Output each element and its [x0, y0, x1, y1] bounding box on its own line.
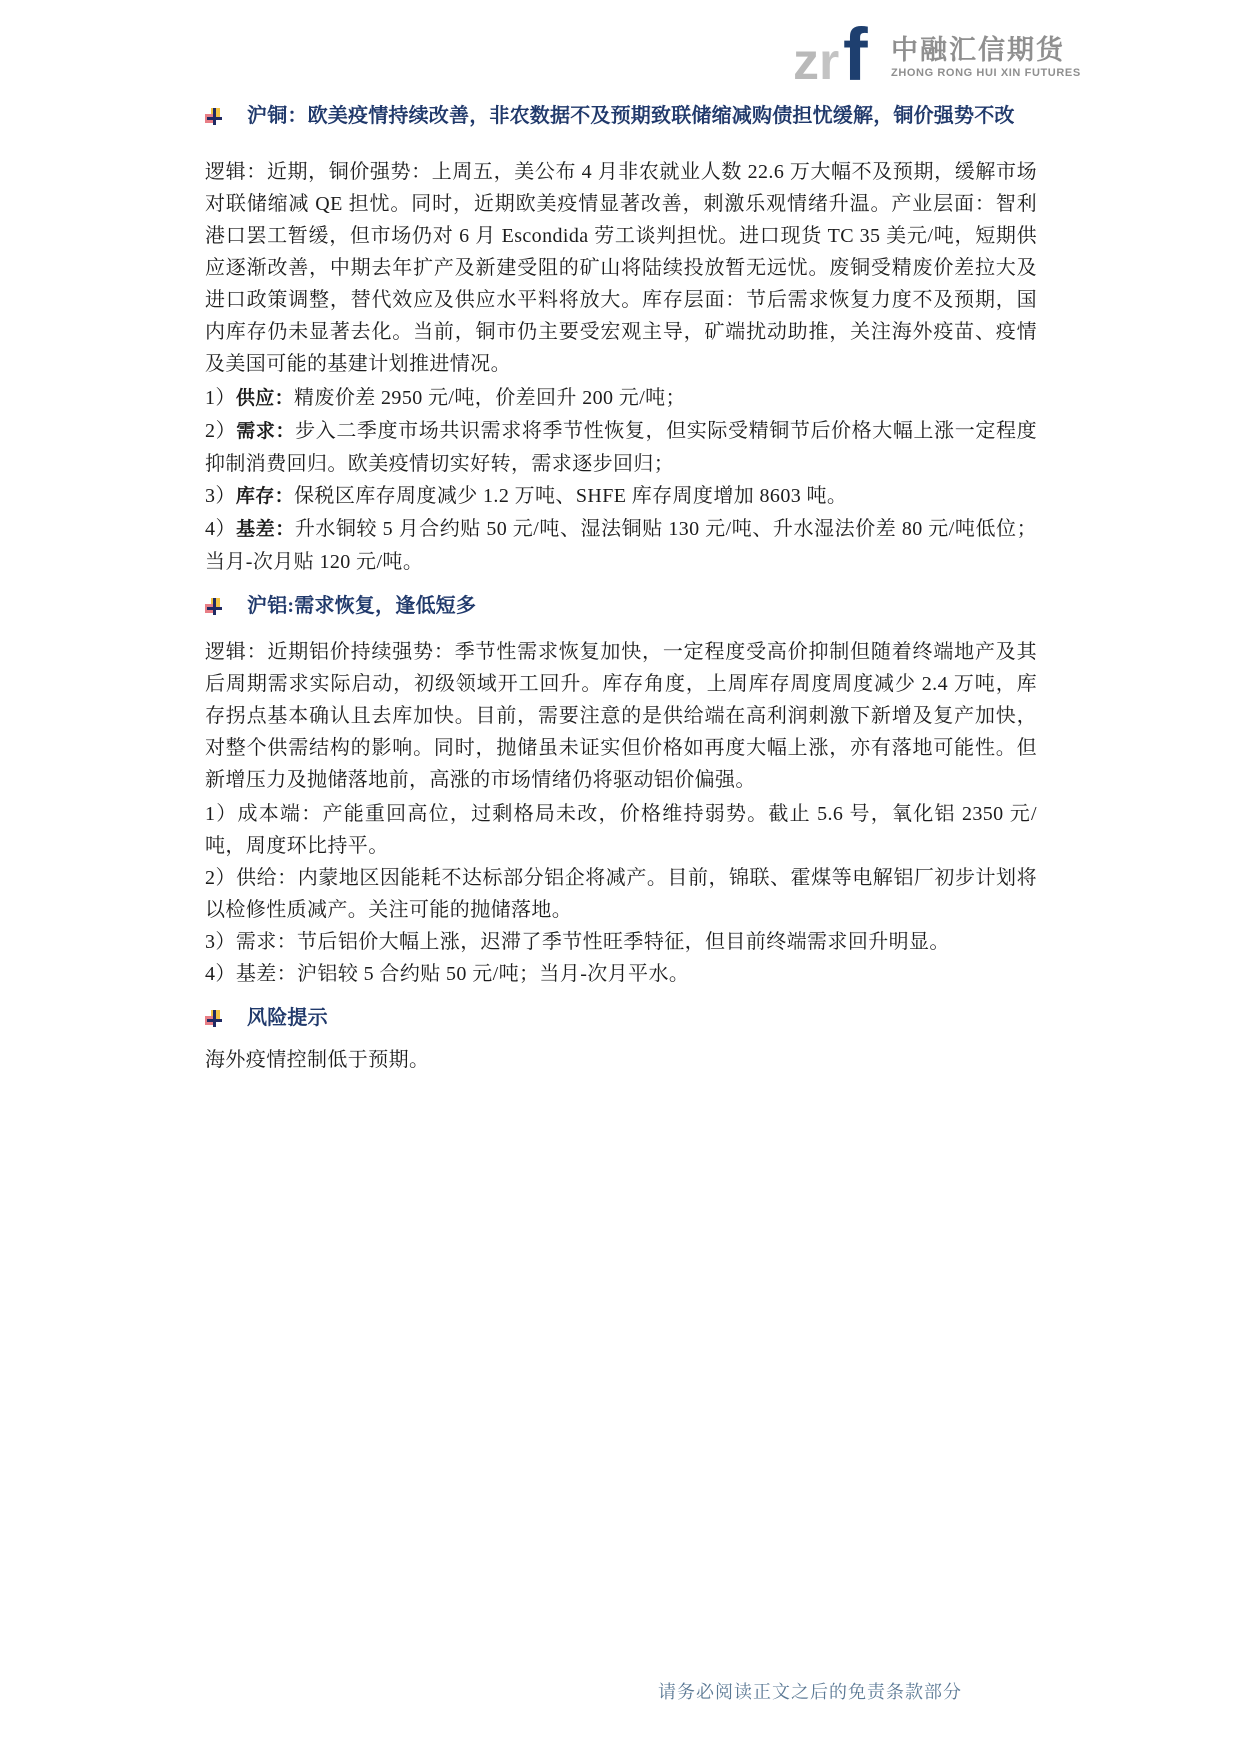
section-heading-copper: 沪铜：欧美疫情持续改善，非农数据不及预期致联储缩减购债担忧缓解，铜价强势不改 [205, 102, 1037, 130]
logo-text-block: 中融汇信期货 ZHONG RONG HUI XIN FUTURES [891, 24, 1081, 80]
anchor-bullet-icon [205, 1010, 222, 1027]
item-colon: ： [275, 388, 294, 409]
copper-heading-text: 沪铜：欧美疫情持续改善，非农数据不及预期致联储缩减购债担忧缓解，铜价强势不改 [247, 102, 1015, 130]
item-colon: ： [301, 803, 322, 825]
item-number: 1） [205, 803, 237, 825]
item-colon: ： [275, 486, 294, 507]
copper-item-demand: 2）需求：步入二季度市场共识需求将季节性恢复，但实际受精铜节后价格大幅上涨一定程… [205, 415, 1037, 480]
item-text: 内蒙地区因能耗不达标部分铝企将减产。目前，锦联、霍煤等电解铝厂初步计划将以检修性… [205, 867, 1037, 921]
company-name-cn: 中融汇信期货 [891, 36, 1081, 65]
item-label: 库存 [236, 486, 275, 507]
item-label: 成本端 [237, 803, 301, 825]
risk-paragraph: 海外疫情控制低于预期。 [205, 1044, 1037, 1076]
item-text: 步入二季度市场共识需求将季节性恢复，但实际受精铜节后价格大幅上涨一定程度抑制消费… [205, 420, 1037, 475]
aluminum-heading-text: 沪铝:需求恢复，逢低短多 [247, 592, 476, 620]
item-number: 2） [205, 420, 236, 442]
item-number: 4） [205, 518, 236, 540]
item-number: 3） [205, 931, 236, 953]
logo-letter-z: z [793, 40, 819, 84]
item-text: 精废价差 2950 元/吨，价差回升 200 元/吨； [294, 387, 686, 409]
copper-item-inventory: 3）库存：保税区库存周度减少 1.2 万吨、SHFE 库存周度增加 8603 吨… [205, 480, 1037, 513]
item-text: 节后铝价大幅上涨，迟滞了季节性旺季特征，但目前终端需求回升明显。 [297, 931, 950, 953]
item-label: 需求 [236, 421, 275, 442]
logo-letter-r: r [819, 40, 839, 84]
aluminum-item-basis: 4）基差：沪铝较 5 合约贴 50 元/吨；当月-次月平水。 [205, 958, 1037, 990]
aluminum-logic-paragraph: 逻辑：近期铝价持续强势：季节性需求恢复加快，一定程度受高价抑制但随着终端地产及其… [205, 636, 1037, 796]
item-text: 保税区库存周度减少 1.2 万吨、SHFE 库存周度增加 8603 吨。 [294, 485, 847, 507]
item-text: 升水铜较 5 月合约贴 50 元/吨、湿法铜贴 130 元/吨、升水湿法价差 8… [205, 518, 1037, 573]
item-label: 需求 [236, 931, 277, 953]
item-number: 3） [205, 485, 236, 507]
report-page: z r f 中融汇信期货 ZHONG RONG HUI XIN FUTURES … [0, 0, 1240, 1753]
item-colon: ： [277, 963, 297, 985]
item-label: 供应 [236, 388, 275, 409]
item-text: 产能重回高位，过剩格局未改，价格维持弱势。截止 5.6 号，氧化铝 2350 元… [205, 803, 1037, 857]
section-heading-aluminum: 沪铝:需求恢复，逢低短多 [205, 592, 1037, 620]
zrf-logo-icon: z r f [793, 24, 879, 86]
item-label: 供给 [236, 867, 277, 889]
item-number: 1） [205, 387, 236, 409]
aluminum-item-demand: 3）需求：节后铝价大幅上涨，迟滞了季节性旺季特征，但目前终端需求回升明显。 [205, 926, 1037, 958]
aluminum-item-list: 1）成本端：产能重回高位，过剩格局未改，价格维持弱势。截止 5.6 号，氧化铝 … [205, 798, 1037, 990]
item-number: 4） [205, 963, 236, 985]
risk-heading-text: 风险提示 [247, 1004, 328, 1032]
item-colon: ： [277, 867, 298, 889]
copper-item-basis: 4）基差：升水铜较 5 月合约贴 50 元/吨、湿法铜贴 130 元/吨、升水湿… [205, 513, 1037, 578]
item-colon: ： [275, 421, 295, 442]
item-colon: ： [275, 519, 295, 540]
report-body: 沪铜：欧美疫情持续改善，非农数据不及预期致联储缩减购债担忧缓解，铜价强势不改 逻… [205, 102, 1037, 1076]
copper-logic-paragraph: 逻辑：近期，铜价强势：上周五，美公布 4 月非农就业人数 22.6 万大幅不及预… [205, 156, 1037, 380]
section-heading-risk: 风险提示 [205, 1004, 1037, 1032]
anchor-bullet-icon [205, 108, 222, 125]
item-label: 基差 [236, 963, 277, 985]
item-colon: ： [277, 931, 297, 953]
item-number: 2） [205, 867, 236, 889]
item-label: 基差 [236, 519, 275, 540]
copper-item-list: 1）供应：精废价差 2950 元/吨，价差回升 200 元/吨； 2）需求：步入… [205, 382, 1037, 578]
item-text: 沪铝较 5 合约贴 50 元/吨；当月-次月平水。 [297, 963, 689, 985]
footer-disclaimer: 请务必阅读正文之后的免责条款部分 [560, 1678, 1060, 1704]
aluminum-item-cost: 1）成本端：产能重回高位，过剩格局未改，价格维持弱势。截止 5.6 号，氧化铝 … [205, 798, 1037, 862]
copper-item-supply: 1）供应：精废价差 2950 元/吨，价差回升 200 元/吨； [205, 382, 1037, 415]
company-name-en: ZHONG RONG HUI XIN FUTURES [891, 67, 1081, 80]
logo-letter-f: f [843, 24, 868, 86]
anchor-bullet-icon [205, 598, 222, 615]
company-logo: z r f 中融汇信期货 ZHONG RONG HUI XIN FUTURES [793, 24, 1081, 86]
aluminum-item-supply: 2）供给：内蒙地区因能耗不达标部分铝企将减产。目前，锦联、霍煤等电解铝厂初步计划… [205, 862, 1037, 926]
